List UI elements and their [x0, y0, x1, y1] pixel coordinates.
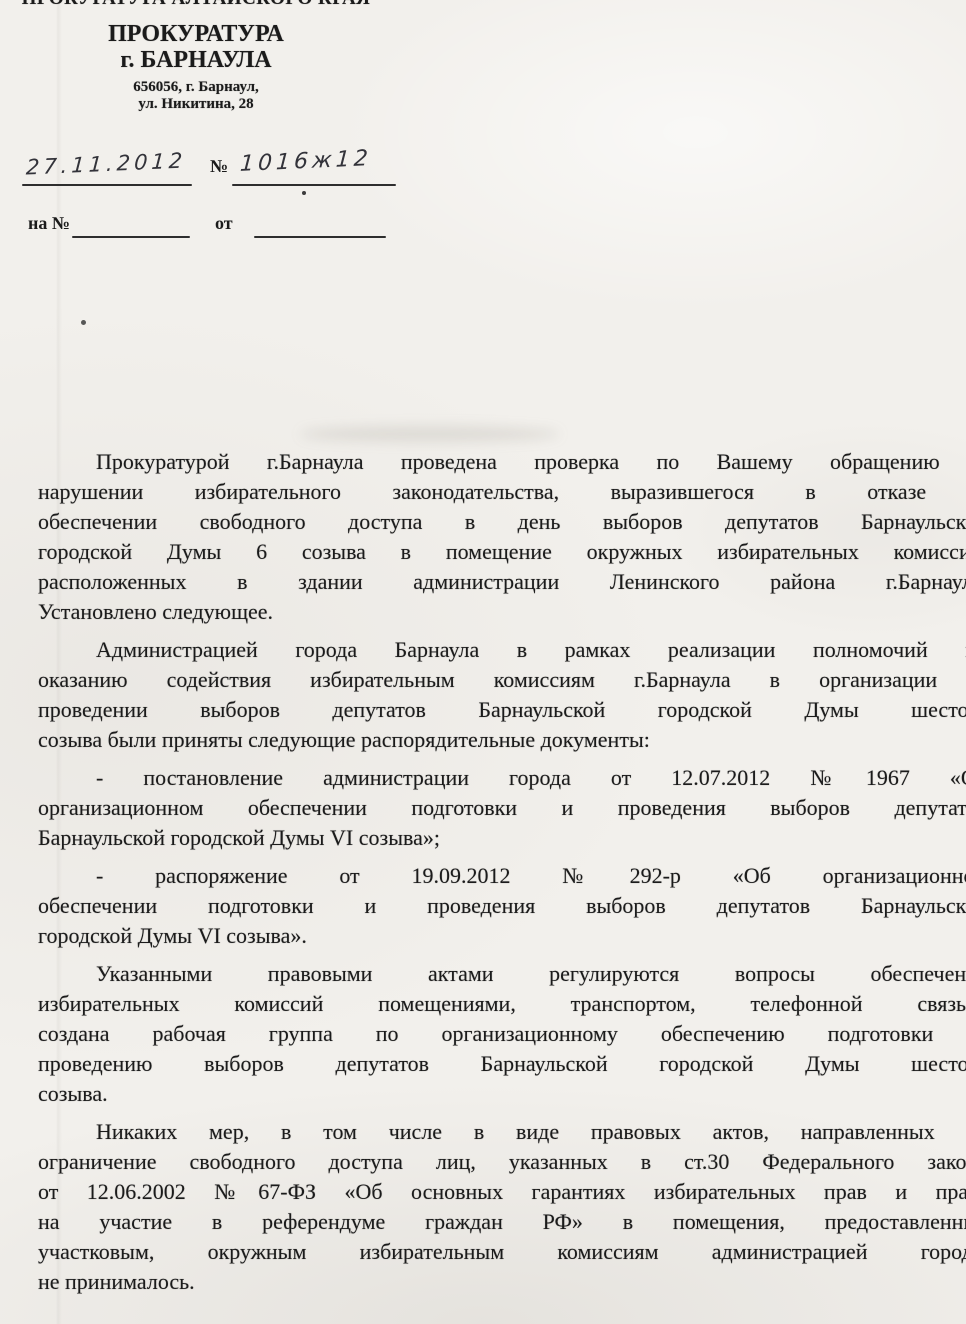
text-line: расположенных в здании администрации Лен… [38, 567, 966, 597]
text-line: городской Думы VI созыва». [38, 921, 966, 951]
text-line: не принималось. [38, 1267, 966, 1297]
text-line: городской Думы 6 созыва в помещение окру… [38, 537, 966, 567]
number-sign: № [210, 156, 228, 177]
number-underline [232, 184, 396, 186]
text-line: - постановление администрации города от … [38, 763, 966, 793]
org-name-line1: ПРОКУРАТУРА [0, 21, 392, 47]
reply-date-underline [254, 236, 386, 238]
text-line: оказанию содействия избирательным комисс… [38, 665, 966, 695]
letter-body: Прокуратурой г.Барнаула проведена провер… [38, 447, 966, 1305]
org-name-line2: г. БАРНАУЛА [0, 47, 392, 73]
parent-org-name: ПРОКУРАТУРА АЛТАЙСКОГО КРАЯ [0, 0, 392, 11]
list-item-order: - распоряжение от 19.09.2012 №292-р «Об … [38, 861, 966, 951]
text-line: созыва были приняты следующие распорядит… [38, 725, 966, 755]
reply-date-label: от [215, 213, 233, 234]
text-line: Указанными правовыми актами регулируются… [38, 959, 966, 989]
text-line: участковым, окружным избирательным комис… [38, 1237, 966, 1267]
text-line: обеспечении свободного доступа в день вы… [38, 507, 966, 537]
text-line: избирательных комиссий помещениями, тран… [38, 989, 966, 1019]
scan-smudge [300, 426, 560, 442]
stray-ink-dot [81, 320, 86, 325]
reply-number-underline [72, 236, 190, 238]
scanned-letter-page: ПРОКУРАТУРА АЛТАЙСКОГО КРАЯ ПРОКУРАТУРА … [0, 0, 966, 1324]
org-name: ПРОКУРАТУРА г. БАРНАУЛА [0, 21, 392, 73]
handwritten-date: 27.11.2012 [25, 148, 187, 179]
text-line: проведении выборов депутатов Барнаульско… [38, 695, 966, 725]
date-underline [22, 184, 192, 186]
paragraph: Указанными правовыми актами регулируются… [38, 959, 966, 1109]
text-line: обеспечении подготовки и проведения выбо… [38, 891, 966, 921]
text-line: - распоряжение от 19.09.2012 №292-р «Об … [38, 861, 966, 891]
text-line: от 12.06.2002 №67-ФЗ «Об основных гарант… [38, 1177, 966, 1207]
text-line: нарушении избирательного законодательств… [38, 477, 966, 507]
text-line: ограничение свободного доступа лиц, указ… [38, 1147, 966, 1177]
text-line: организационном обеспечении подготовки и… [38, 793, 966, 823]
list-item-resolution: - постановление администрации города от … [38, 763, 966, 853]
paragraph: Прокуратурой г.Барнаула проведена провер… [38, 447, 966, 627]
text-line: создана рабочая группа по организационно… [38, 1019, 966, 1049]
text-line: Администрацией города Барнаула в рамках … [38, 635, 966, 665]
org-address-line2: ул. Никитина, 28 [0, 96, 392, 113]
org-address: 656056, г. Барнаул, ул. Никитина, 28 [0, 79, 392, 113]
reply-number-label: на № [28, 213, 70, 234]
ink-dot [302, 191, 306, 195]
text-line: Никаких мер, в том числе в виде правовых… [38, 1117, 966, 1147]
handwritten-number: 1016ж12 [239, 146, 372, 177]
paragraph: Никаких мер, в том числе в виде правовых… [38, 1117, 966, 1297]
text-line: Барнаульской городской Думы VI созыва»; [38, 823, 966, 853]
org-address-line1: 656056, г. Барнаул, [0, 79, 392, 96]
text-line: Установлено следующее. [38, 597, 966, 627]
text-line: созыва. [38, 1079, 966, 1109]
text-line: на участие в референдуме граждан РФ» в п… [38, 1207, 966, 1237]
paragraph: Администрацией города Барнаула в рамках … [38, 635, 966, 755]
text-line: проведению выборов депутатов Барнаульско… [38, 1049, 966, 1079]
text-line: Прокуратурой г.Барнаула проведена провер… [38, 447, 966, 477]
